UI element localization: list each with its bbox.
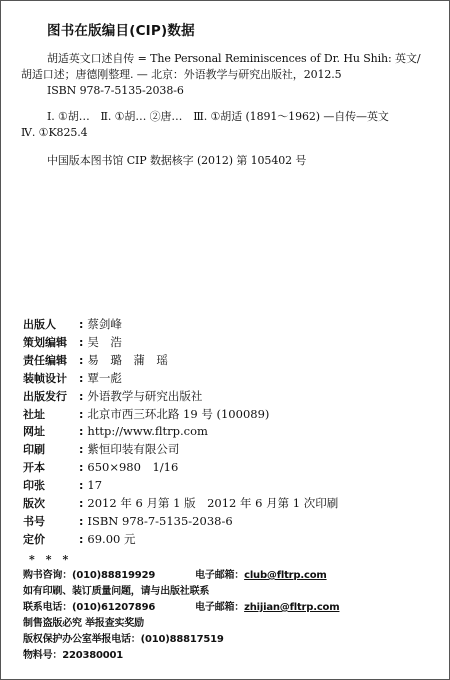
publication-label: 网址: [23, 424, 79, 440]
publication-label: 开本: [23, 460, 79, 476]
cip-isbn: ISBN 978-7-5135-2038-6: [47, 84, 184, 98]
label-char: 印: [23, 478, 34, 494]
label-colon: :: [79, 317, 83, 333]
publication-value: 2012 年 6 月第 1 版 2012 年 6 月第 1 次印刷: [87, 496, 338, 510]
publication-label: 策划编辑: [23, 335, 79, 351]
label-char: 号: [34, 514, 45, 530]
label-colon: :: [79, 371, 83, 387]
label-char: 设: [45, 371, 56, 387]
publication-row: 装帧设计:覃一彪: [23, 370, 122, 387]
label-colon: :: [79, 335, 83, 351]
label-colon: :: [79, 514, 83, 530]
publication-row: 印刷:紫恒印装有限公司: [23, 441, 179, 458]
label-colon: :: [79, 532, 83, 548]
publication-row: 出版发行:外语教学与研究出版社: [23, 388, 202, 405]
publication-row: 开本:650×980 1/16: [23, 459, 178, 476]
publication-value: 外语教学与研究出版社: [87, 389, 202, 403]
separator-stars: * * *: [29, 551, 68, 567]
label-char: 人: [45, 317, 56, 333]
label-char: 址: [34, 424, 45, 440]
label-char: 张: [34, 478, 45, 494]
publication-label: 印刷: [23, 442, 79, 458]
cip-classification-number: Ⅳ. ①K825.4: [21, 126, 88, 140]
contact-phone: (010)61207896: [72, 602, 155, 613]
publication-value: 17: [87, 478, 102, 492]
cip-heading: 图书在版编目(CIP)数据: [47, 19, 195, 39]
label-colon: :: [79, 353, 83, 369]
cip-author-line: 胡适口述；唐德刚整理. — 北京：外语教学与研究出版社，2012.5: [21, 68, 342, 82]
quality-contact: 联系电话：(010)61207896电子邮箱：zhijian@fltrp.com: [23, 601, 339, 615]
label-char: 划: [34, 335, 45, 351]
label-char: 刷: [34, 442, 45, 458]
publication-value: 紫恒印装有限公司: [87, 442, 179, 456]
label-char: 辑: [56, 353, 67, 369]
publication-label: 责任编辑: [23, 353, 79, 369]
label-char: 责: [23, 353, 34, 369]
publication-label: 出版人: [23, 317, 79, 333]
publication-value: ISBN 978-7-5135-2038-6: [87, 514, 232, 528]
piracy-note: 制售盗版必究 举报查实奖励: [23, 617, 144, 631]
quality-note: 如有印刷、装订质量问题，请与出版社联系: [23, 585, 209, 599]
publication-row: 书号:ISBN 978-7-5135-2038-6: [23, 513, 233, 530]
publication-value: 北京市西三环北路 19 号 (100089): [87, 407, 269, 421]
label-char: 版: [34, 389, 45, 405]
publication-label: 装帧设计: [23, 371, 79, 387]
cip-classification-line: Ⅰ. ①胡… Ⅱ. ①胡… ②唐… Ⅲ. ①胡适 (1891～1962) —自传…: [47, 110, 389, 124]
label-char: 帧: [34, 371, 45, 387]
label-char: 编: [45, 335, 56, 351]
publication-label: 印张: [23, 478, 79, 494]
publication-label: 版次: [23, 496, 79, 512]
label-char: 址: [34, 407, 45, 423]
label-char: 策: [23, 335, 34, 351]
label-colon: :: [79, 424, 83, 440]
label-colon: :: [79, 442, 83, 458]
purchase-email-link[interactable]: club@fltrp.com: [244, 570, 327, 581]
publication-row: 版次:2012 年 6 月第 1 版 2012 年 6 月第 1 次印刷: [23, 495, 338, 512]
label-char: 社: [23, 407, 34, 423]
label-char: 本: [34, 460, 45, 476]
publication-row: 网址:http://www.fltrp.com: [23, 423, 208, 440]
publication-value: 蔡剑峰: [87, 317, 122, 331]
publication-label: 社址: [23, 407, 79, 423]
label-char: 装: [23, 371, 34, 387]
publication-row: 印张:17: [23, 477, 102, 494]
publication-row: 策划编辑:吴 浩: [23, 334, 122, 351]
publication-label: 书号: [23, 514, 79, 530]
purchase-inquiry: 购书咨询：(010)88819929电子邮箱：club@fltrp.com: [23, 569, 327, 583]
publication-row: 责任编辑:易 璐 蒲 瑶: [23, 352, 168, 369]
publication-label: 定价: [23, 532, 79, 548]
label-char: 版: [34, 317, 45, 333]
publication-value: 易 璐 蒲 瑶: [87, 353, 168, 367]
label-char: 编: [45, 353, 56, 369]
label-char: 版: [23, 496, 34, 512]
label-colon: :: [79, 407, 83, 423]
copyright-page: 图书在版编目(CIP)数据 胡适英文口述自传 = The Personal Re…: [0, 0, 450, 680]
publication-row: 定价:69.00 元: [23, 531, 135, 548]
contact-email-label: 电子邮箱：: [195, 602, 244, 613]
label-colon: :: [79, 460, 83, 476]
label-char: 开: [23, 460, 34, 476]
publication-label: 出版发行: [23, 389, 79, 405]
cip-title-line: 胡适英文口述自传 = The Personal Reminiscences of…: [47, 52, 420, 66]
purchase-label: 购书咨询：: [23, 570, 72, 581]
purchase-email-label: 电子邮箱：: [195, 570, 244, 581]
label-char: 价: [34, 532, 45, 548]
label-char: 网: [23, 424, 34, 440]
material-number: 物料号：220380001: [23, 649, 123, 663]
label-char: 次: [34, 496, 45, 512]
purchase-phone: (010)88819929: [72, 570, 155, 581]
contact-label: 联系电话：: [23, 602, 72, 613]
publication-value: 吴 浩: [87, 335, 122, 349]
label-char: 辑: [56, 335, 67, 351]
label-char: 计: [56, 371, 67, 387]
label-colon: :: [79, 478, 83, 494]
publication-row: 出版人:蔡剑峰: [23, 316, 122, 333]
label-char: 书: [23, 514, 34, 530]
copyright-office-phone: 版权保护办公室举报电话：(010)88817519: [23, 633, 224, 647]
publication-value: 69.00 元: [87, 532, 135, 546]
publication-value: 覃一彪: [87, 371, 122, 385]
cip-library-record: 中国版本图书馆 CIP 数据核字 (2012) 第 105402 号: [47, 154, 306, 168]
publication-row: 社址:北京市西三环北路 19 号 (100089): [23, 406, 269, 423]
label-char: 任: [34, 353, 45, 369]
label-char: 行: [56, 389, 67, 405]
label-char: 印: [23, 442, 34, 458]
label-char: 出: [23, 389, 34, 405]
publication-value[interactable]: http://www.fltrp.com: [87, 424, 208, 438]
contact-email-link[interactable]: zhijian@fltrp.com: [244, 602, 339, 613]
label-colon: :: [79, 389, 83, 405]
publication-value: 650×980 1/16: [87, 460, 178, 474]
label-char: 出: [23, 317, 34, 333]
label-colon: :: [79, 496, 83, 512]
label-char: 定: [23, 532, 34, 548]
label-char: 发: [45, 389, 56, 405]
